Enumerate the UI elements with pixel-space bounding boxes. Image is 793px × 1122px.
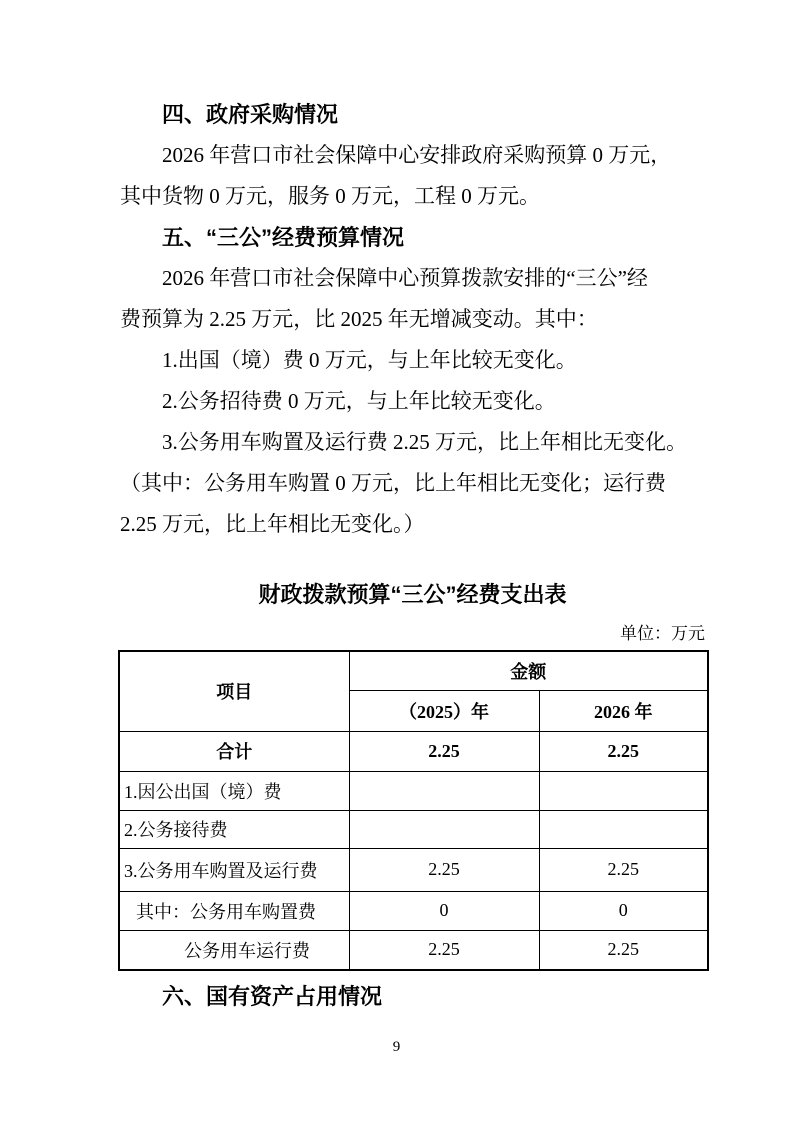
section-4-heading: 四、政府采购情况 [120,94,686,135]
cell-2025-value: 2.25 [349,848,539,891]
page-number: 9 [0,1037,793,1057]
table-row-vehicle-purchase: 其中：公务用车购置费 0 0 [119,891,708,930]
cell-2026-value: 2.25 [539,930,708,970]
section-5-item-3: 3.公务用车购置及运行费 2.25 万元，比上年相比无变化。 [120,422,686,463]
cell-label: 合计 [119,731,349,771]
document-page: 四、政府采购情况 2026 年营口市社会保障中心安排政府采购预算 0 万元， 其… [0,0,793,1122]
section-5-item-2: 2.公务招待费 0 万元，与上年比较无变化。 [120,381,686,422]
cell-2026-value: 2.25 [539,731,708,771]
cell-label: 1.因公出国（境）费 [119,771,349,810]
table-row-total: 合计 2.25 2.25 [119,731,708,771]
section-4-line-1: 2026 年营口市社会保障中心安排政府采购预算 0 万元， [120,135,686,176]
section-4-line-2: 其中货物 0 万元，服务 0 万元，工程 0 万元。 [120,176,686,217]
cell-label: 2.公务接待费 [119,810,349,848]
table-row-vehicle: 3.公务用车购置及运行费 2.25 2.25 [119,848,708,891]
section-5-line-1: 2026 年营口市社会保障中心预算拨款安排的“三公”经 [120,258,686,299]
table-row-vehicle-operation: 公务用车运行费 2.25 2.25 [119,930,708,970]
cell-label: 其中：公务用车购置费 [119,891,349,930]
cell-2026-value: 0 [539,891,708,930]
table-unit-label: 单位：万元 [118,621,707,647]
section-5-item-1: 1.出国（境）费 0 万元，与上年比较无变化。 [120,340,686,381]
body-text: 四、政府采购情况 2026 年营口市社会保障中心安排政府采购预算 0 万元， 其… [120,94,686,545]
cell-label: 公务用车运行费 [119,930,349,970]
section-6-heading: 六、国有资产占用情况 [162,982,382,1012]
cell-2026-value [539,771,708,810]
col-header-year-2026: 2026 年 [539,690,708,731]
table-row-abroad: 1.因公出国（境）费 [119,771,708,810]
section-5-heading: 五、“三公”经费预算情况 [120,217,686,258]
cell-2025-value: 0 [349,891,539,930]
section-5-note-line-1: （其中：公务用车购置 0 万元，比上年相比无变化；运行费 [120,463,686,504]
table-title: 财政拨款预算“三公”经费支出表 [118,581,707,609]
table-header-row-1: 项目 金额 [119,651,708,690]
sangong-table-block: 财政拨款预算“三公”经费支出表 单位：万元 项目 金额 （2025）年 2026… [118,581,707,971]
col-header-amount: 金额 [349,651,708,690]
cell-2025-value [349,810,539,848]
sangong-expense-table: 项目 金额 （2025）年 2026 年 合计 2.25 2.25 1.因公出国… [118,650,709,971]
col-header-year-2025: （2025）年 [349,690,539,731]
cell-2025-value: 2.25 [349,930,539,970]
cell-2026-value: 2.25 [539,848,708,891]
col-header-item: 项目 [119,651,349,731]
cell-2025-value: 2.25 [349,731,539,771]
section-5-note-line-2: 2.25 万元，比上年相比无变化。） [120,504,686,545]
table-row-reception: 2.公务接待费 [119,810,708,848]
cell-2026-value [539,810,708,848]
cell-2025-value [349,771,539,810]
cell-label: 3.公务用车购置及运行费 [119,848,349,891]
section-5-line-2: 费预算为 2.25 万元，比 2025 年无增减变动。其中： [120,299,686,340]
